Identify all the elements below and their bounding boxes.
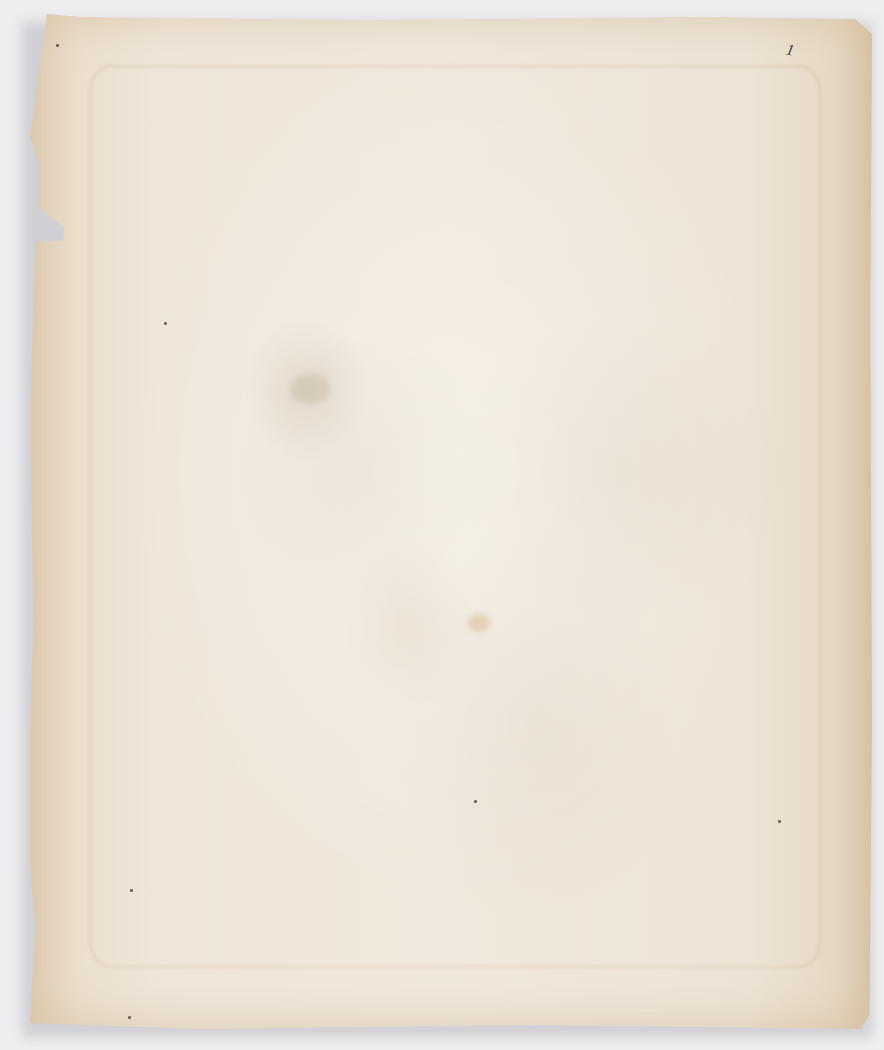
speck	[130, 889, 133, 892]
foxing-stain	[290, 374, 330, 404]
foxing-stain	[468, 614, 490, 632]
speck	[128, 1016, 131, 1019]
speck	[56, 44, 59, 47]
speck	[474, 800, 477, 803]
speck	[164, 322, 167, 325]
paper-sheet	[30, 14, 872, 1029]
speck	[778, 820, 781, 823]
edge-discoloration	[30, 14, 872, 1029]
